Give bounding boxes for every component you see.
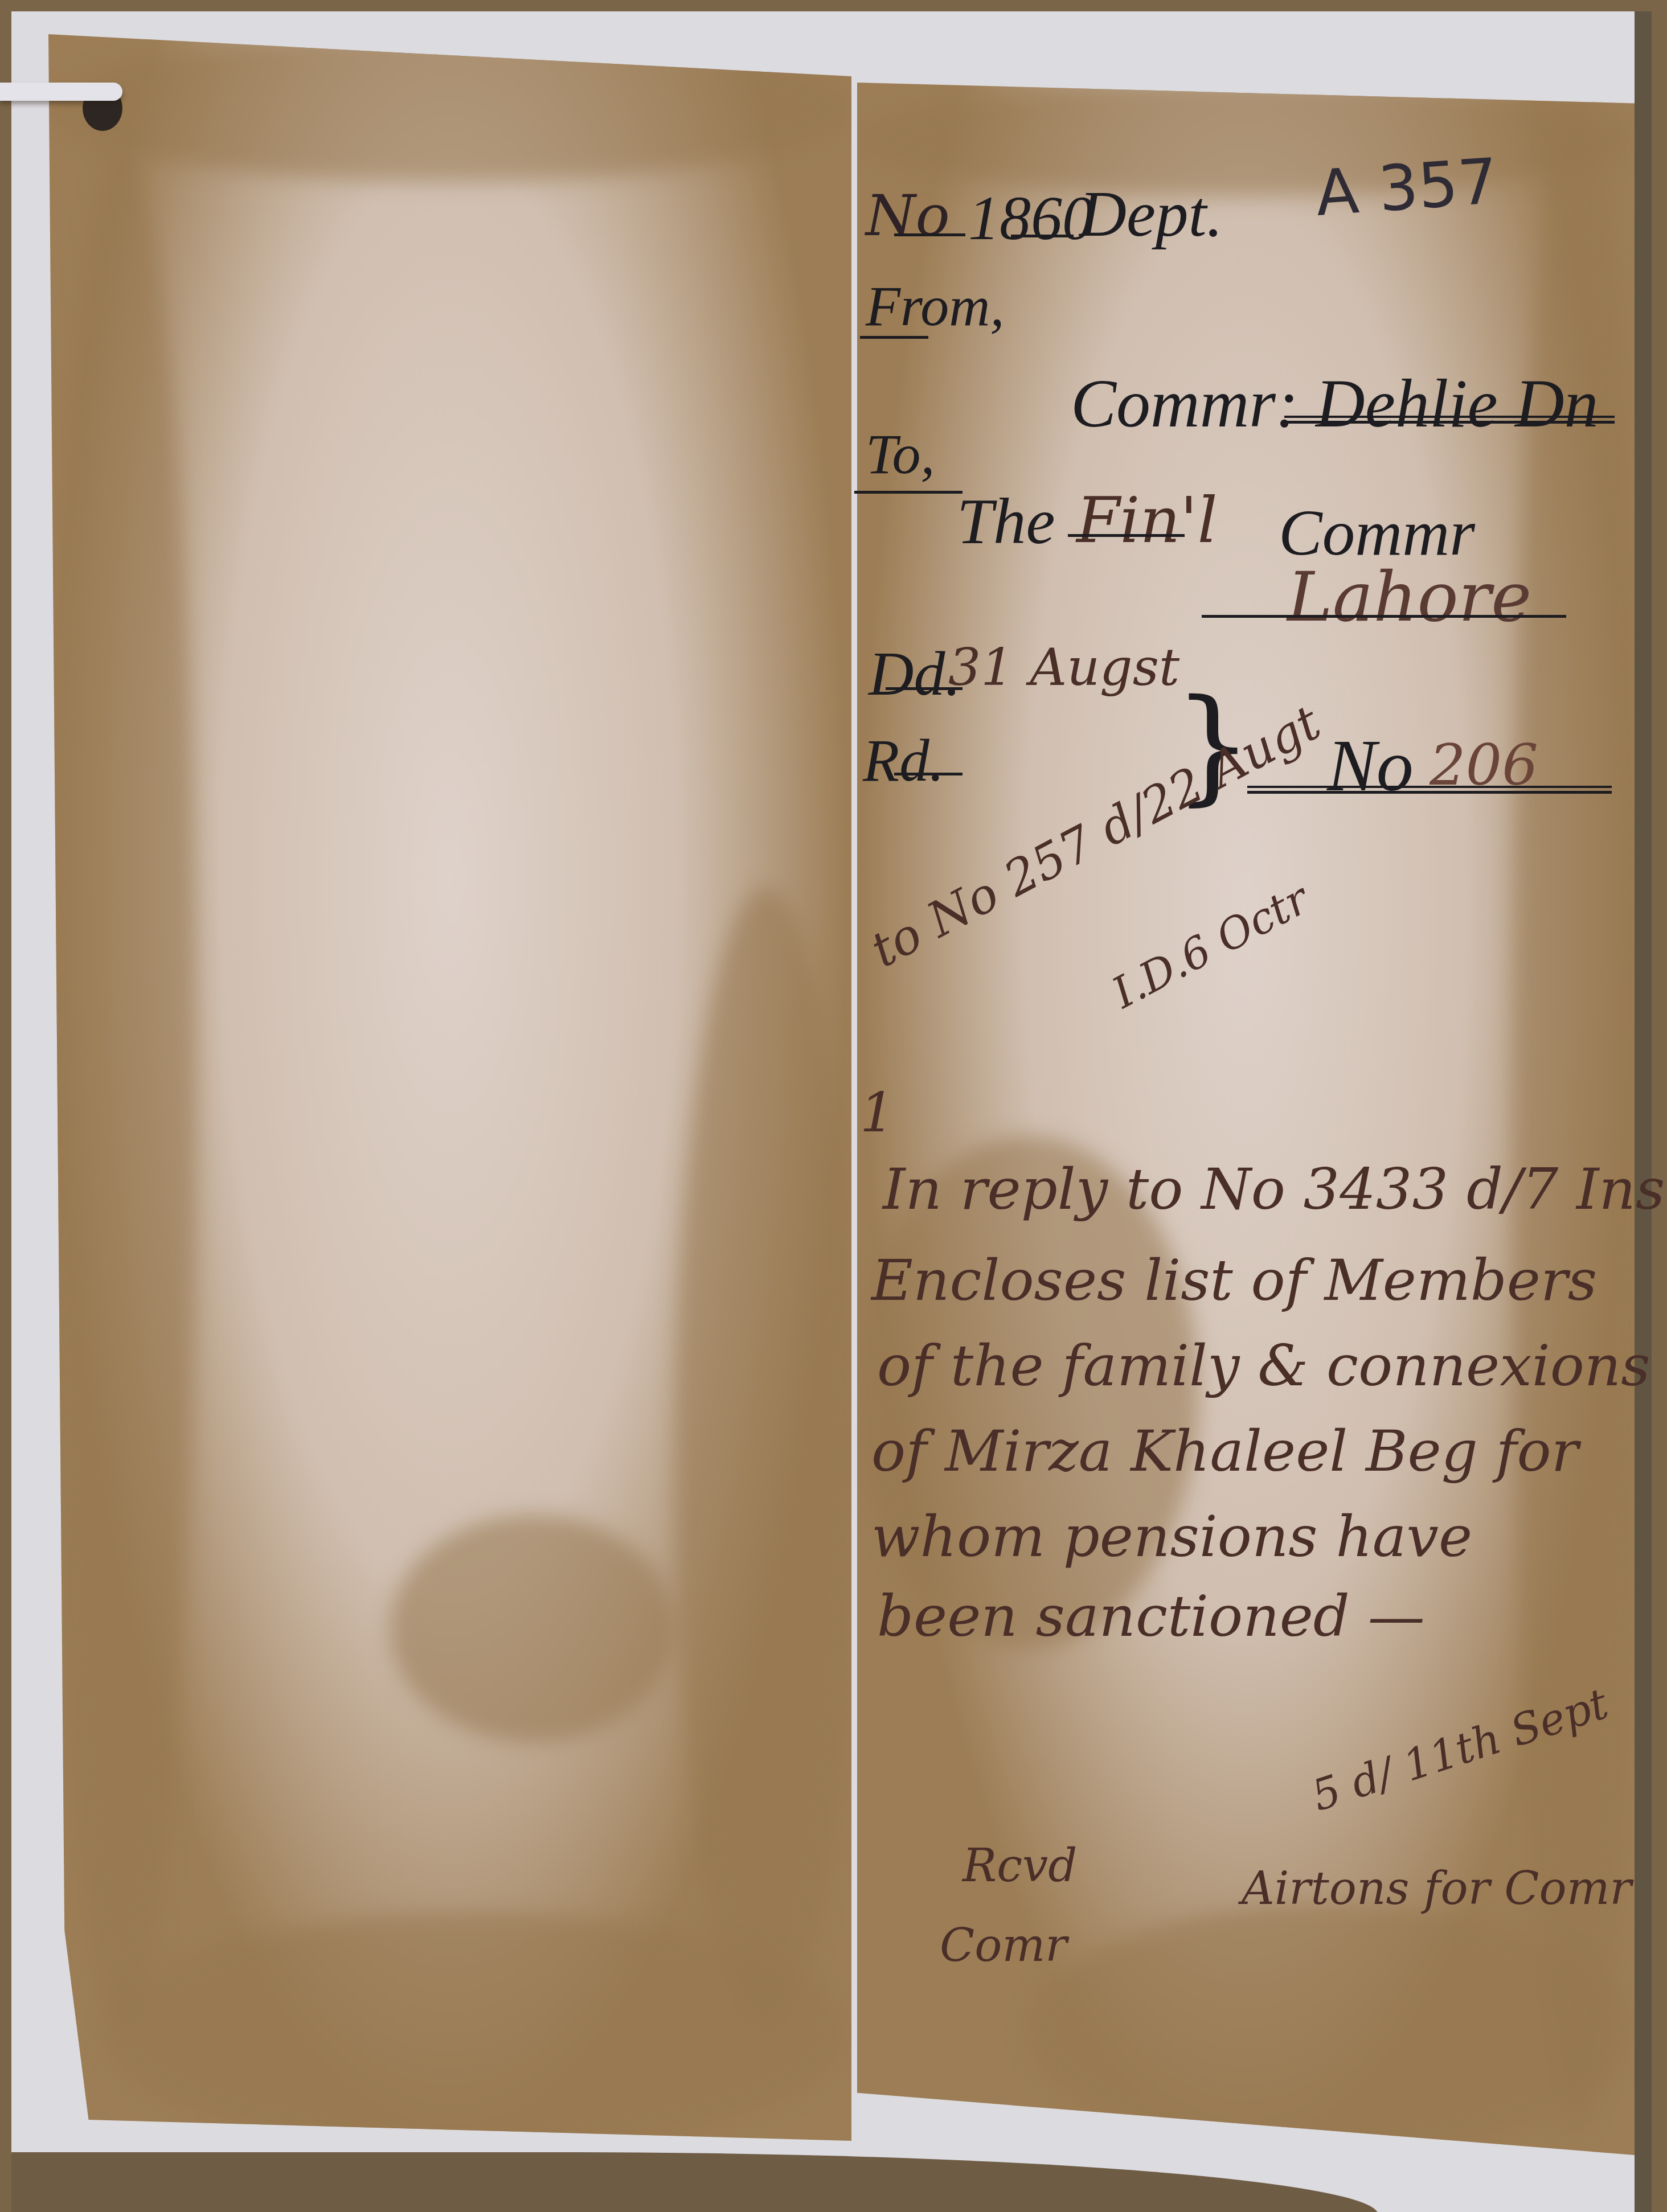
body-line: of Mirza Khaleel Beg for: [871, 1418, 1579, 1484]
dept-blank-line: [1011, 235, 1074, 237]
endorsement-right-line2: Airtons for Comr: [1242, 1862, 1632, 1915]
number-label: No: [1327, 723, 1414, 809]
endorsement-left-line2: Comr: [940, 1919, 1067, 1972]
binding-string: [0, 83, 122, 101]
no-label: No: [866, 182, 950, 249]
year-label: 1860: [968, 182, 1093, 255]
body-line: In reply to No 3433 d/7 Inst: [883, 1156, 1667, 1222]
dated-label: Dd.: [869, 638, 961, 710]
stain: [675, 888, 857, 2027]
number-double-rule: [1247, 786, 1612, 794]
body-line: been sanctioned —: [877, 1583, 1425, 1649]
body-line: whom pensions have: [871, 1503, 1472, 1570]
to-place-line: [1202, 615, 1566, 618]
dept-label: Dept.: [1079, 177, 1223, 252]
to-label: To,: [866, 421, 935, 487]
to-place: Lahore: [1287, 558, 1531, 637]
body-line: Encloses list of Members: [871, 1247, 1597, 1314]
to-underline: [854, 491, 962, 494]
to-handwritten-title: Fin'l: [1076, 484, 1218, 557]
document-left-leaf: [48, 34, 851, 2141]
endorsement-left-line1: Rcvd: [962, 1839, 1077, 1892]
received-blank-line: [894, 773, 962, 775]
body-line: of the family & connexions: [877, 1332, 1650, 1399]
body-marker: 1: [860, 1082, 894, 1144]
to-prefix: The: [957, 484, 1055, 559]
to-blank-line: [1068, 534, 1185, 537]
dated-underline: [886, 687, 962, 690]
from-value: Commr: Dehlie Dn: [1071, 364, 1599, 443]
from-label: From,: [866, 273, 1005, 339]
dated-value: 31 Augst: [948, 638, 1179, 697]
received-label: Rd.: [863, 726, 944, 795]
stain: [48, 148, 196, 2027]
archive-number: A 357: [1313, 145, 1500, 230]
stain: [105, 1913, 846, 2152]
from-underline: [860, 336, 928, 339]
no-blank-line: [894, 233, 965, 236]
stain: [390, 1515, 675, 1742]
backing-shadow: [11, 2152, 1378, 2212]
backing-edge: [1635, 11, 1652, 2212]
from-double-rule: [1284, 416, 1615, 424]
